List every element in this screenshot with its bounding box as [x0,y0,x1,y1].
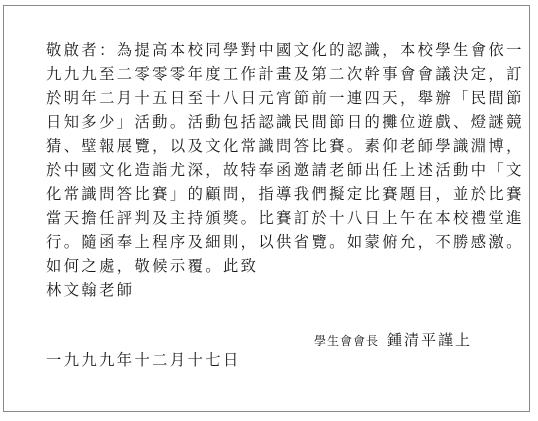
letter-body: 敬啟者：為提高本校同學對中國文化的認識，本校學生會依一 九九九至二零零零年度工作… [46,38,496,302]
signer-name: 鍾清平謹上 [387,331,472,349]
letter-line: 猜、壁報展覽，以及文化常識問答比賽。素仰老師學識淵博， [46,134,496,158]
letter-line-greeting: 敬啟者：為提高本校同學對中國文化的認識，本校學生會依一 [46,38,496,62]
letter-line-closing: 如何之處，敬候示覆。此致 [46,254,496,278]
recipient-name: 林文翰老師 [46,278,496,302]
signature-block: 學生會會長鍾清平謹上 [314,330,472,351]
letter-line: 化常識問答比賽」的顧問，指導我們擬定比賽題目，並於比賽 [46,182,496,206]
letter-line: 行。隨函奉上程序及細則，以供省覽。如蒙俯允，不勝感激。 [46,230,496,254]
letter-date: 一九九九年十二月十七日 [46,348,241,372]
letter-line: 九九九至二零零零年度工作計畫及第二次幹事會會議決定，訂 [46,62,496,86]
letter-line: 日知多少」活動。活動包括認識民間節日的攤位遊戲、燈謎競 [46,110,496,134]
letter-line: 當天擔任評判及主持頒獎。比賽訂於十八日上午在本校禮堂進 [46,206,496,230]
letter-line: 於中國文化造詣尤深，故特奉函邀請老師出任上述活動中「文 [46,158,496,182]
signer-title: 學生會會長 [314,334,379,348]
letter-line: 於明年二月十五日至十八日元宵節前一連四天，舉辦「民間節 [46,86,496,110]
